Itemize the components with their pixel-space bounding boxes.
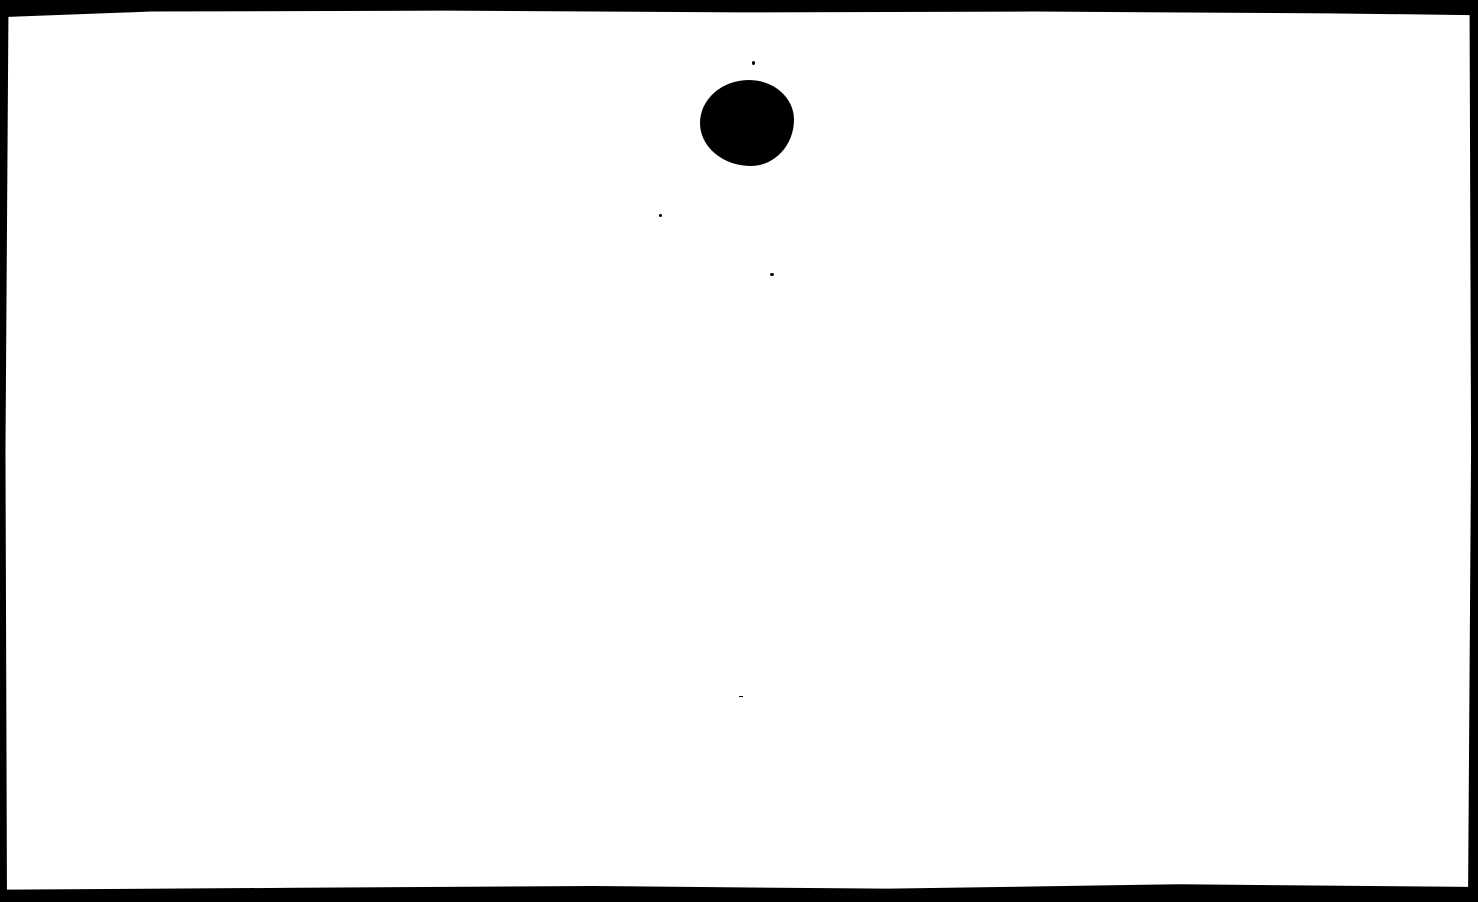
paper-sheet — [4, 8, 1474, 894]
ink-speck — [659, 214, 662, 217]
ink-speck — [752, 61, 755, 65]
ink-speck — [770, 273, 774, 276]
ink-blot — [700, 80, 794, 166]
ink-speck — [739, 696, 743, 697]
